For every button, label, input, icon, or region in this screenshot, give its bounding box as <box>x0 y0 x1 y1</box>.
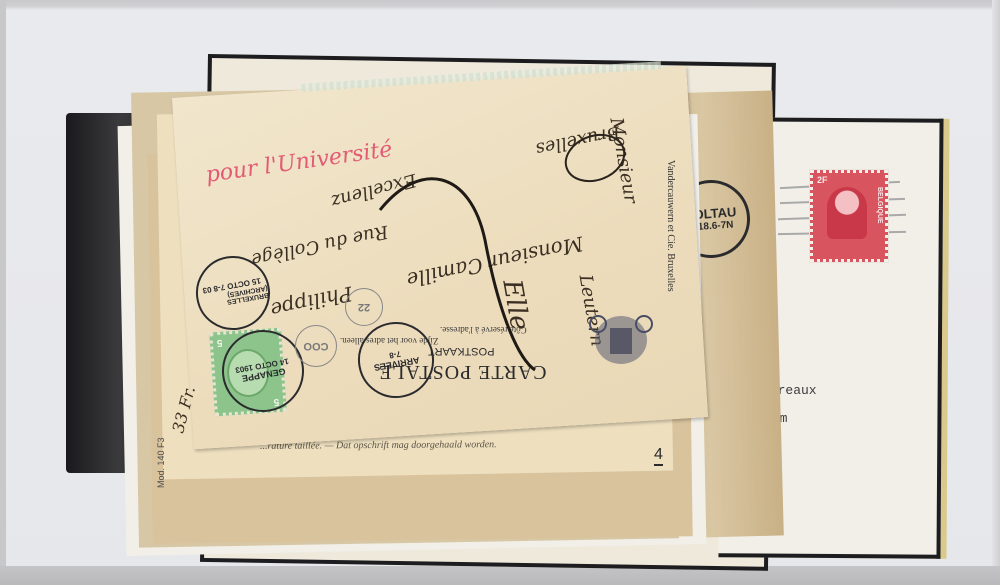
stamp-value: 2F <box>817 175 828 185</box>
tray-edge-bottom <box>0 566 1000 585</box>
publisher-imprint: Vandercauwern et Cie. Bruxelles <box>665 160 676 292</box>
stamp-value: 5 <box>216 337 222 348</box>
postcard-subtitle: POSTKAART <box>428 345 494 357</box>
form-code: Mod. 140 F3 <box>156 437 166 488</box>
corner-digit: 4 <box>654 446 663 466</box>
postmark-label: COO <box>303 340 328 352</box>
portrait-icon <box>827 187 867 239</box>
number-postmark: 22 <box>345 288 383 326</box>
coo-postmark: COO <box>295 325 337 367</box>
coat-of-arms-icon <box>586 304 656 370</box>
belgique-stamp: 2F BELGIQUE <box>810 170 888 262</box>
tray-edge-left <box>0 0 6 585</box>
postmark-label: 22 <box>358 301 370 313</box>
tray-edge-right <box>992 0 1000 585</box>
stamp-country: BELGIQUE <box>876 187 883 224</box>
photo-scene: 2F BELGIQUE oureaux hem SOLTAU 3.18.6-7N… <box>0 0 1000 585</box>
